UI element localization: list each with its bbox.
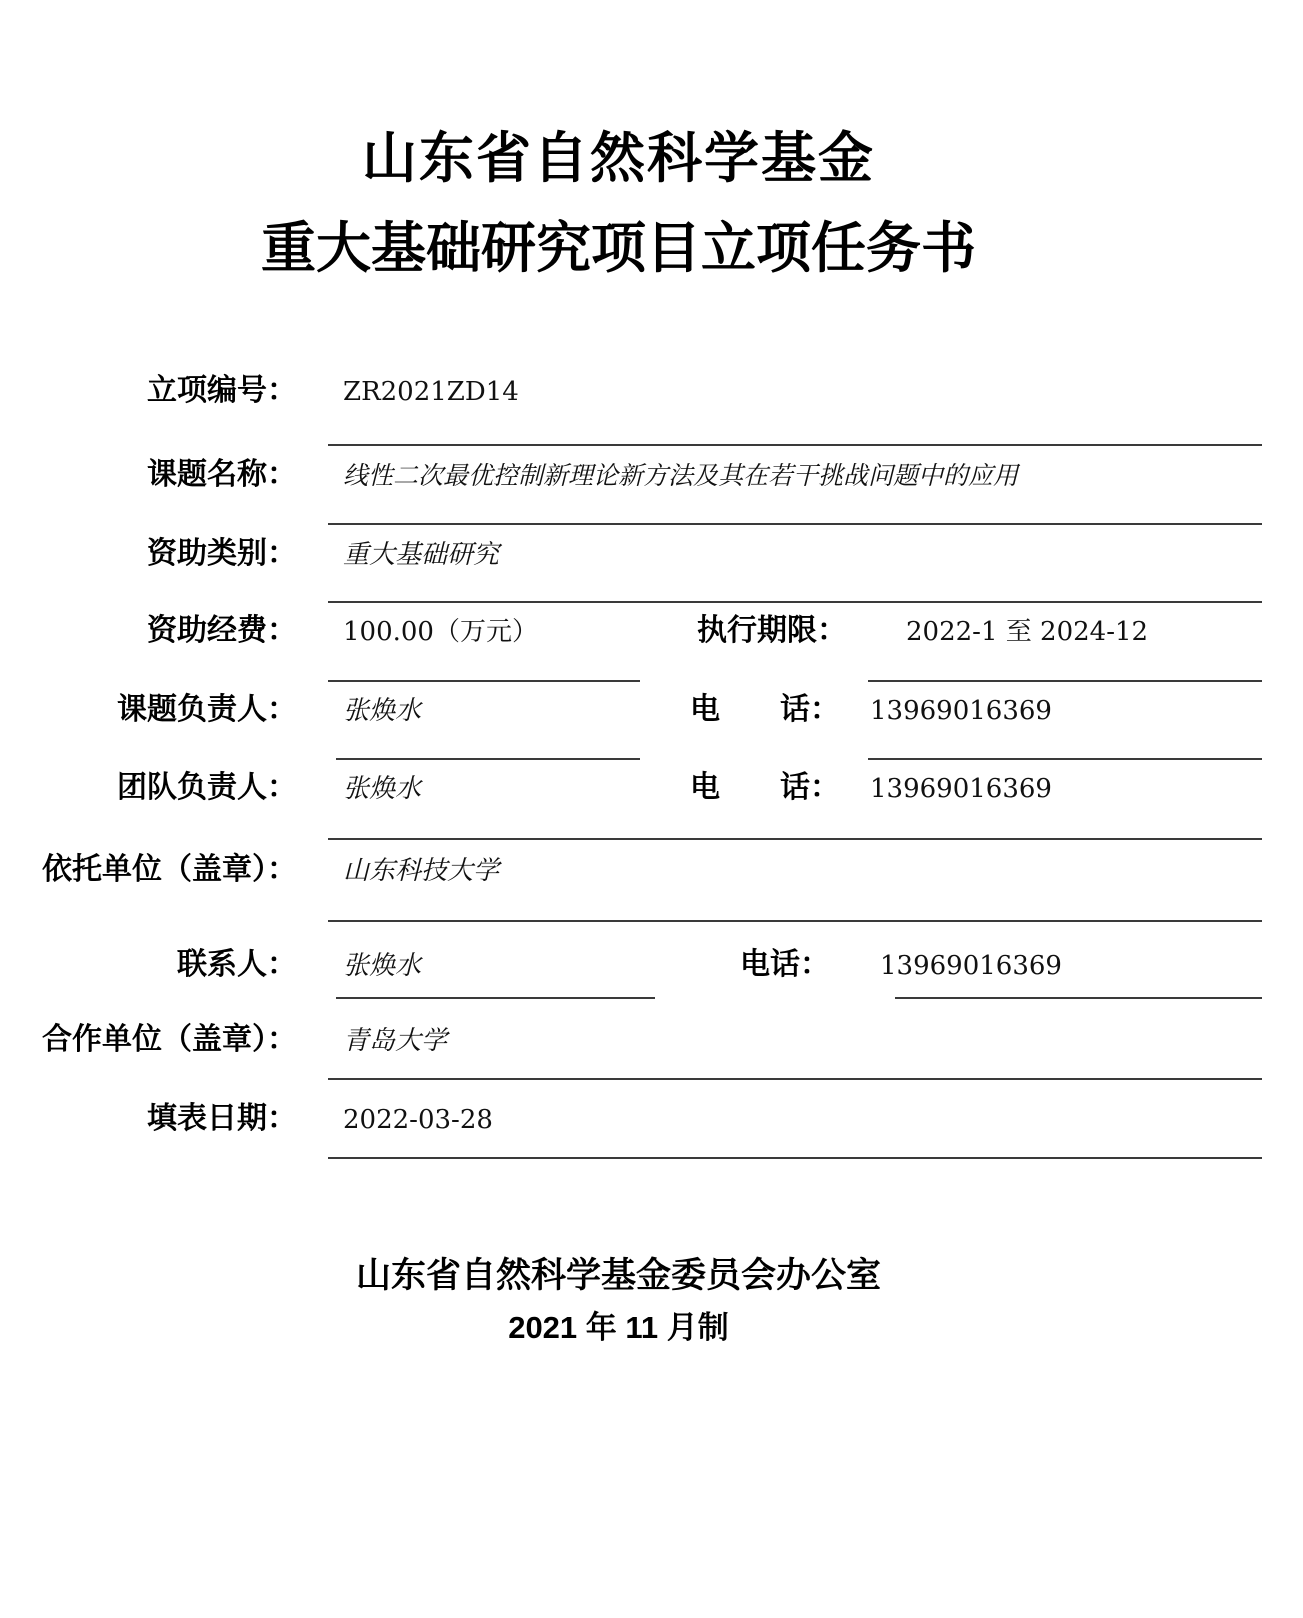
contact-person-label: 联系人： bbox=[0, 945, 297, 985]
footer-print-date: 2021 年 11 月制 bbox=[0, 1300, 1237, 1355]
field-underline-project-leader bbox=[336, 758, 640, 760]
contact-phone-label: 电话： bbox=[740, 945, 830, 985]
field-underline-project-number bbox=[328, 444, 1262, 446]
funding-category-label: 资助类别： bbox=[0, 534, 297, 574]
team-leader-value: 张焕水 bbox=[343, 769, 421, 809]
contact-person-value: 张焕水 bbox=[343, 946, 421, 986]
project-number-label: 立项编号： bbox=[0, 371, 297, 411]
field-underline-contact-phone bbox=[895, 997, 1262, 999]
form-row-partner-institution: 合作单位（盖章）： 青岛大学 bbox=[0, 1020, 1303, 1060]
field-underline-execution-period bbox=[868, 680, 1262, 682]
form-row-contact-person: 联系人： 张焕水 电话： 13969016369 bbox=[0, 945, 1303, 985]
form-row-project-title: 课题名称： 线性二次最优控制新理论新方法及其在若干挑战问题中的应用 bbox=[0, 455, 1303, 495]
field-underline-team-leader bbox=[328, 838, 1262, 840]
field-underline-project-title bbox=[328, 523, 1262, 525]
form-row-team-leader: 团队负责人： 张焕水 电 话： 13969016369 bbox=[0, 768, 1303, 808]
field-underline-funding-amount bbox=[328, 680, 640, 682]
form-row-funding-amount: 资助经费： 100.00（万元） 执行期限： 2022-1 至 2024-12 bbox=[0, 611, 1303, 651]
team-leader-label: 团队负责人： bbox=[0, 768, 297, 808]
execution-period-value: 2022-1 至 2024-12 bbox=[906, 612, 1148, 652]
partner-institution-value: 青岛大学 bbox=[343, 1021, 447, 1061]
execution-period-label: 执行期限： bbox=[697, 611, 847, 651]
page-title-line1: 山东省自然科学基金 bbox=[0, 118, 1237, 198]
field-underline-partner-institution bbox=[328, 1078, 1262, 1080]
project-leader-label: 课题负责人： bbox=[0, 690, 297, 730]
form-row-host-institution: 依托单位（盖章）： 山东科技大学 bbox=[0, 850, 1303, 890]
field-underline-host-institution bbox=[328, 920, 1262, 922]
contact-phone-value: 13969016369 bbox=[880, 946, 1062, 986]
field-underline-funding-category bbox=[328, 601, 1262, 603]
funding-amount-value: 100.00（万元） bbox=[343, 612, 538, 652]
team-leader-phone-label: 电 话： bbox=[690, 768, 840, 808]
host-institution-value: 山东科技大学 bbox=[343, 851, 499, 891]
team-leader-phone-value: 13969016369 bbox=[870, 769, 1052, 809]
form-row-project-leader: 课题负责人： 张焕水 电 话： 13969016369 bbox=[0, 690, 1303, 730]
field-underline-project-leader-phone bbox=[868, 758, 1262, 760]
project-leader-value: 张焕水 bbox=[343, 691, 421, 731]
field-underline-fill-date bbox=[328, 1157, 1262, 1159]
host-institution-label: 依托单位（盖章）： bbox=[0, 850, 297, 890]
project-title-value: 线性二次最优控制新理论新方法及其在若干挑战问题中的应用 bbox=[343, 456, 1018, 496]
funding-category-value: 重大基础研究 bbox=[343, 535, 499, 575]
project-number-value: ZR2021ZD14 bbox=[343, 372, 519, 412]
form-row-project-number: 立项编号： ZR2021ZD14 bbox=[0, 371, 1303, 411]
form-row-fill-date: 填表日期： 2022-03-28 bbox=[0, 1099, 1303, 1139]
partner-institution-label: 合作单位（盖章）： bbox=[0, 1020, 297, 1060]
field-underline-contact-person bbox=[336, 997, 655, 999]
task-book-cover-page: 山东省自然科学基金 重大基础研究项目立项任务书 立项编号： ZR2021ZD14… bbox=[0, 0, 1303, 1618]
fill-date-label: 填表日期： bbox=[0, 1099, 297, 1139]
footer-organization: 山东省自然科学基金委员会办公室 bbox=[0, 1246, 1237, 1306]
fill-date-value: 2022-03-28 bbox=[343, 1100, 493, 1140]
project-leader-phone-value: 13969016369 bbox=[870, 691, 1052, 731]
form-row-funding-category: 资助类别： 重大基础研究 bbox=[0, 534, 1303, 574]
project-title-label: 课题名称： bbox=[0, 455, 297, 495]
page-title-line2: 重大基础研究项目立项任务书 bbox=[0, 208, 1237, 288]
project-leader-phone-label: 电 话： bbox=[690, 690, 840, 730]
funding-amount-label: 资助经费： bbox=[0, 611, 297, 651]
